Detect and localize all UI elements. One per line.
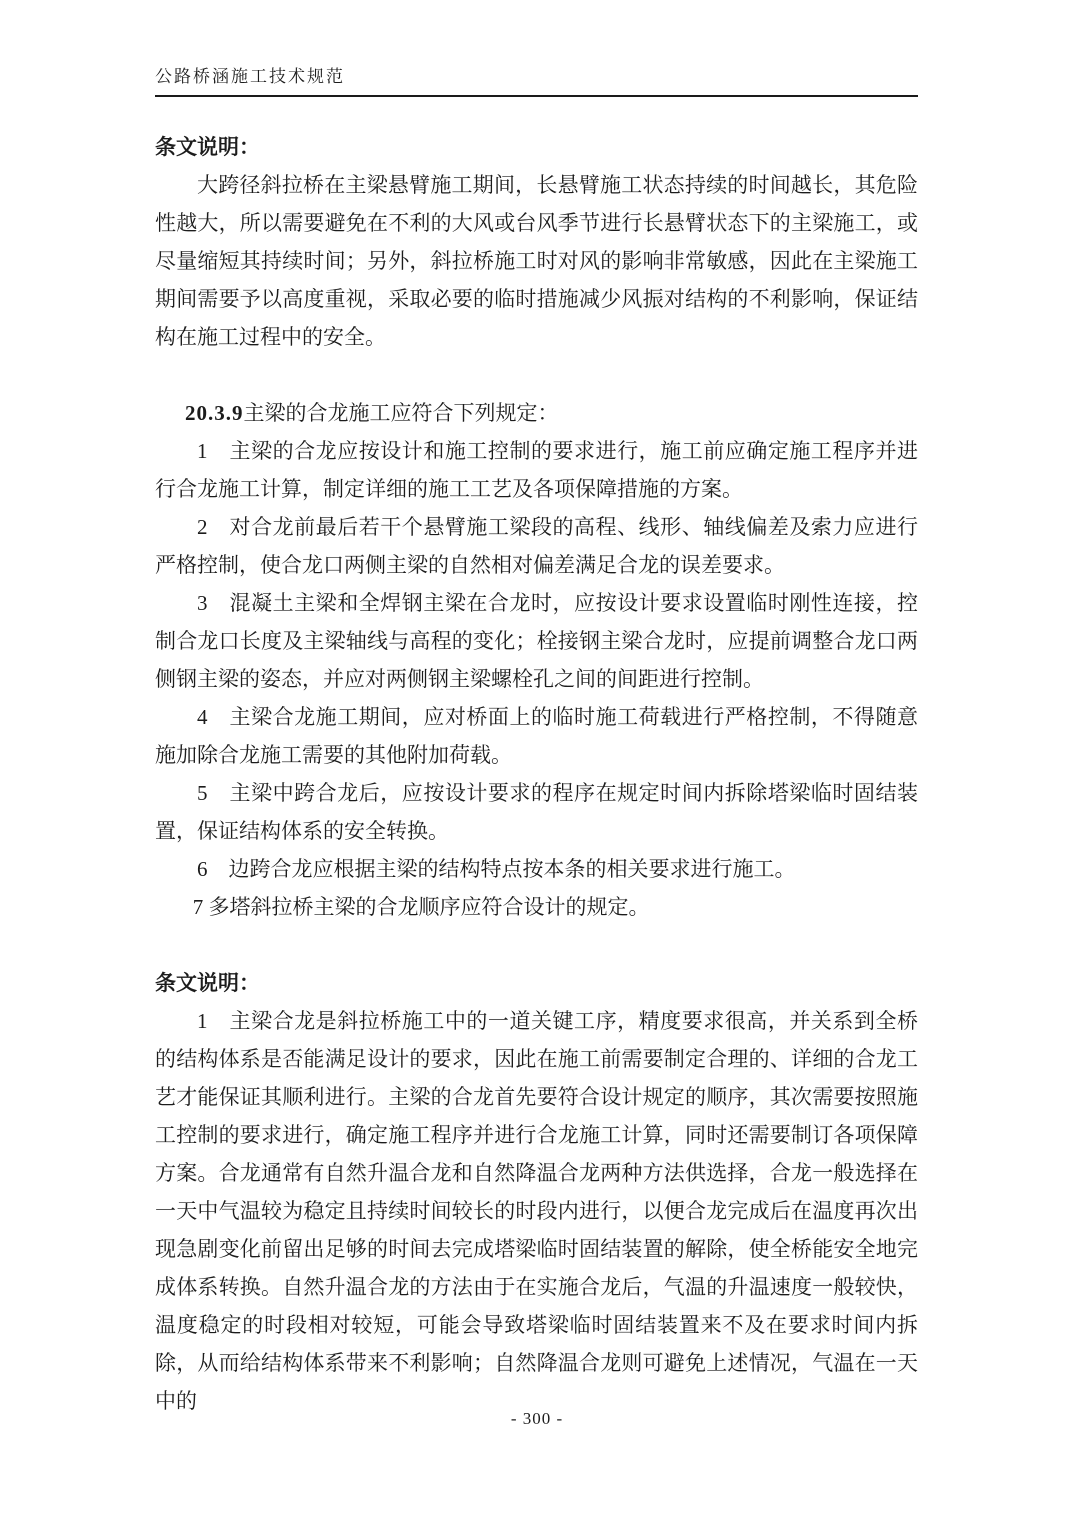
- page-content: 公路桥涵施工技术规范 条文说明： 大跨径斜拉桥在主梁悬臂施工期间，长悬臂施工状态…: [155, 66, 918, 1420]
- clause-item-1: 1 主梁的合龙应按设计和施工控制的要求进行，施工前应确定施工程序并进行合龙施工计…: [155, 432, 918, 508]
- document-header: 公路桥涵施工技术规范: [155, 66, 918, 97]
- clause-item-5: 5 主梁中跨合龙后，应按设计要求的程序在规定时间内拆除塔梁临时固结装置，保证结构…: [155, 774, 918, 850]
- clause-item-6: 6 边跨合龙应根据主梁的结构特点按本条的相关要求进行施工。: [155, 850, 918, 888]
- clause-item-4: 4 主梁合龙施工期间，应对桥面上的临时施工荷载进行严格控制，不得随意施加除合龙施…: [155, 698, 918, 774]
- document-page: 公路桥涵施工技术规范 条文说明： 大跨径斜拉桥在主梁悬臂施工期间，长悬臂施工状态…: [0, 0, 1074, 1520]
- commentary-heading-1: 条文说明：: [155, 128, 918, 166]
- commentary-paragraph-1: 大跨径斜拉桥在主梁悬臂施工期间，长悬臂施工状态持续的时间越长，其危险性越大，所以…: [155, 166, 918, 356]
- page-footer: - 300 -: [0, 1408, 1074, 1430]
- clause-item-2: 2 对合龙前最后若干个悬臂施工梁段的高程、线形、轴线偏差及索力应进行严格控制，使…: [155, 508, 918, 584]
- clause-number: 20.3.9: [185, 401, 244, 425]
- document-title: 公路桥涵施工技术规范: [155, 67, 345, 86]
- clause-heading: 20.3.9主梁的合龙施工应符合下列规定：: [155, 394, 918, 432]
- page-number: - 300 -: [511, 1409, 563, 1428]
- commentary-heading-2: 条文说明：: [155, 964, 918, 1002]
- clause-item-3: 3 混凝土主梁和全焊钢主梁在合龙时，应按设计要求设置临时刚性连接，控制合龙口长度…: [155, 584, 918, 698]
- commentary-paragraph-2: 1 主梁合龙是斜拉桥施工中的一道关键工序，精度要求很高，并关系到全桥的结构体系是…: [155, 1002, 918, 1420]
- clause-item-7: 7 多塔斜拉桥主梁的合龙顺序应符合设计的规定。: [155, 888, 918, 926]
- clause-title: 主梁的合龙施工应符合下列规定：: [244, 401, 559, 425]
